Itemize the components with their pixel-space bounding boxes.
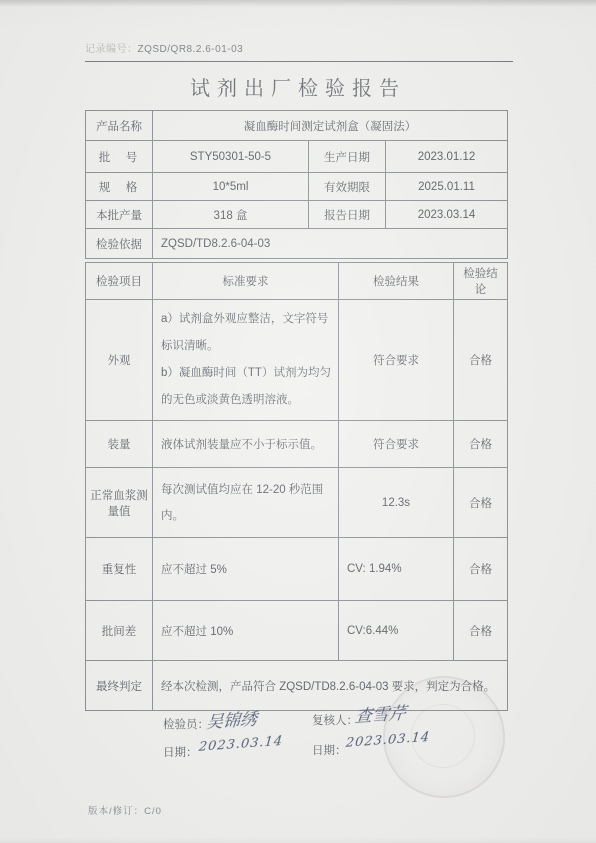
normal-plasma-item: 正常血浆测量值: [86, 468, 153, 538]
inspector-label: 检验员：: [163, 716, 209, 732]
table-row: 批 号 STY50301-50-5 生产日期 2023.01.12: [86, 141, 508, 173]
product-info-table: 产品名称 凝血酶时间测定试剂盒（凝固法） 批 号 STY50301-50-5 生…: [85, 110, 508, 259]
fill-volume-conclusion: 合格: [454, 421, 508, 468]
batch-qty-label: 本批产量: [86, 201, 153, 229]
table-row: 产品名称 凝血酶时间测定试剂盒（凝固法）: [86, 111, 508, 141]
repeatability-standard: 应不超过 5%: [153, 538, 339, 601]
reviewer-signature: 查雪芹: [354, 698, 408, 727]
normal-plasma-conclusion: 合格: [454, 468, 508, 538]
inspector-signature: 吴锦绣: [205, 704, 259, 733]
fill-volume-standard: 液体试剂装量应不小于标示值。: [153, 421, 339, 468]
normal-plasma-standard: 每次测试值均应在 12-20 秒范围内。: [153, 468, 339, 538]
appearance-result: 符合要求: [339, 300, 454, 421]
header-conclusion: 检验结论: [454, 263, 508, 300]
spec-label: 规 格: [86, 173, 153, 201]
fill-volume-result: 符合要求: [339, 421, 454, 468]
table-row-repeatability: 重复性 应不超过 5% CV: 1.94% 合格: [86, 538, 508, 601]
header-standard: 标准要求: [153, 263, 339, 300]
batch-difference-result: CV:6.44%: [339, 601, 454, 661]
inspector-date-label: 日期：: [163, 744, 198, 760]
repeatability-conclusion: 合格: [454, 538, 508, 601]
appearance-standard-b: b）凝血酶时间（TT）试剂为均匀的无色或淡黄色透明溶液。: [161, 360, 334, 414]
appearance-standard: a）试剂盒外观应整洁，文字符号标识清晰。 b）凝血酶时间（TT）试剂为均匀的无色…: [153, 300, 339, 421]
report-date-value: 2023.03.14: [386, 201, 508, 229]
test-results-table: 检验项目 标准要求 检验结果 检验结论 外观 a）试剂盒外观应整洁，文字符号标识…: [85, 262, 508, 711]
batch-qty-value: 318 盒: [153, 201, 309, 229]
product-name-value: 凝血酶时间测定试剂盒（凝固法）: [153, 111, 508, 141]
appearance-conclusion: 合格: [454, 300, 508, 421]
header-result: 检验结果: [339, 263, 454, 300]
table-row-batch-difference: 批间差 应不超过 10% CV:6.44% 合格: [86, 601, 508, 661]
batch-difference-standard: 应不超过 10%: [153, 601, 339, 661]
table-row: 检验依据 ZQSD/TD8.2.6-04-03: [86, 229, 508, 259]
reviewer-label: 复核人：: [312, 712, 358, 728]
expiry-label: 有效期限: [309, 173, 386, 201]
product-name-label: 产品名称: [86, 111, 153, 141]
batch-difference-conclusion: 合格: [454, 601, 508, 661]
reviewer-date-label: 日期：: [312, 742, 347, 758]
mfg-date-label: 生产日期: [309, 141, 386, 173]
table-row-final-judgment: 最终判定 经本次检测，产品符合 ZQSD/TD8.2.6-04-03 要求，判定…: [86, 661, 508, 711]
appearance-standard-a: a）试剂盒外观应整洁，文字符号标识清晰。: [161, 306, 334, 360]
table-row-fill-volume: 装量 液体试剂装量应不小于标示值。 符合要求 合格: [86, 421, 508, 468]
basis-value: ZQSD/TD8.2.6-04-03: [153, 229, 508, 259]
appearance-item: 外观: [86, 300, 153, 421]
basis-label: 检验依据: [86, 229, 153, 259]
batch-difference-item: 批间差: [86, 601, 153, 661]
table-row: 本批产量 318 盒 报告日期 2023.03.14: [86, 201, 508, 229]
header-item: 检验项目: [86, 263, 153, 300]
table-row-normal-plasma: 正常血浆测量值 每次测试值均应在 12-20 秒范围内。 12.3s 合格: [86, 468, 508, 538]
mfg-date-value: 2023.01.12: [386, 141, 508, 173]
repeatability-item: 重复性: [86, 538, 153, 601]
inspector-date-value: 2023.03.14: [198, 734, 284, 755]
batch-no-value: STY50301-50-5: [153, 141, 309, 173]
batch-no-label: 批 号: [86, 141, 153, 173]
scanned-inspection-report-page: 记录编号：ZQSD/QR8.2.6-01-03 试剂出厂检验报告 产品名称 凝血…: [0, 0, 596, 843]
normal-plasma-result: 12.3s: [339, 468, 454, 538]
table-header-row: 检验项目 标准要求 检验结果 检验结论: [86, 263, 508, 300]
record-number-label: 记录编号：: [85, 44, 138, 55]
reviewer-date-value: 2023.03.14: [345, 730, 431, 751]
fill-volume-item: 装量: [86, 421, 153, 468]
final-judgment-text: 经本次检测，产品符合 ZQSD/TD8.2.6-04-03 要求，判定为合格。: [153, 661, 508, 711]
version-revision-line: 版本/修订：C/0: [88, 803, 162, 817]
record-number-value: ZQSD/QR8.2.6-01-03: [138, 44, 244, 55]
table-row-appearance: 外观 a）试剂盒外观应整洁，文字符号标识清晰。 b）凝血酶时间（TT）试剂为均匀…: [86, 300, 508, 421]
repeatability-result: CV: 1.94%: [339, 538, 454, 601]
final-judgment-label: 最终判定: [86, 661, 153, 711]
expiry-value: 2025.01.11: [386, 173, 508, 201]
spec-value: 10*5ml: [153, 173, 309, 201]
record-number-line: 记录编号：ZQSD/QR8.2.6-01-03: [85, 40, 513, 62]
report-date-label: 报告日期: [309, 201, 386, 229]
page-title: 试剂出厂检验报告: [0, 72, 596, 101]
table-row: 规 格 10*5ml 有效期限 2025.01.11: [86, 173, 508, 201]
